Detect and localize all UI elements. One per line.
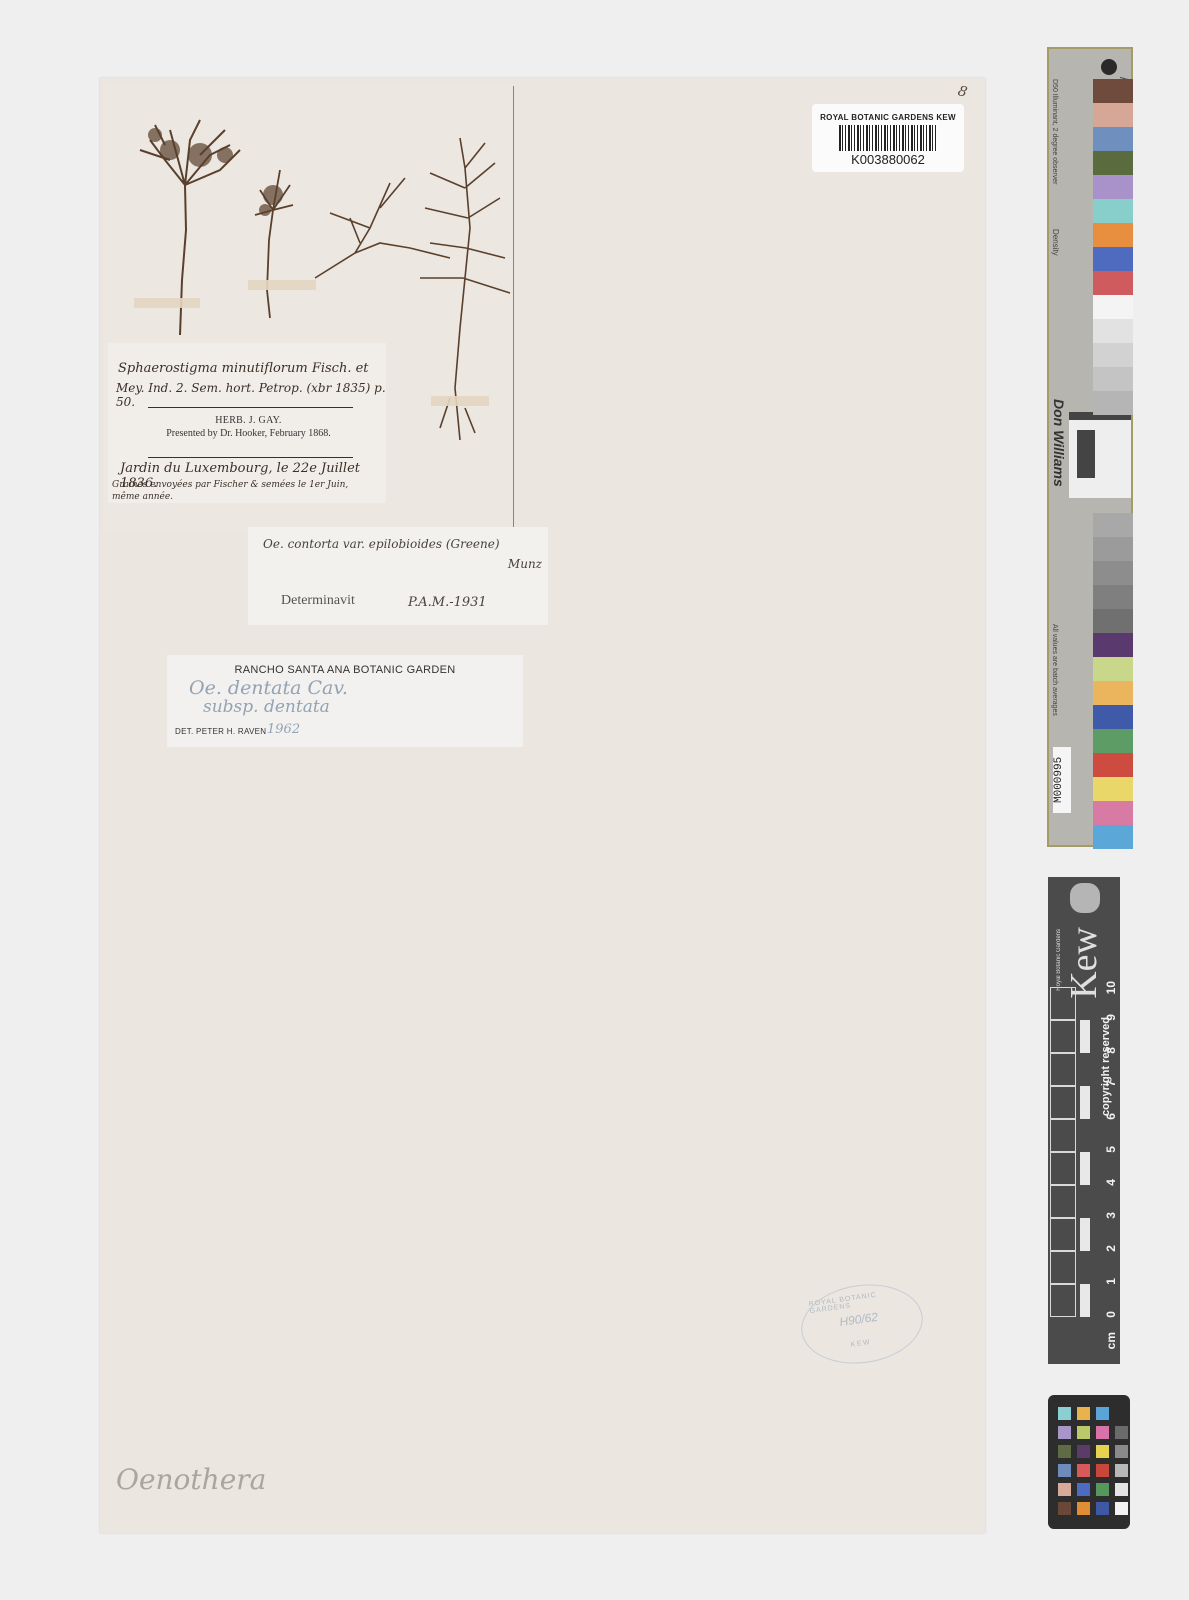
color-chip — [1096, 1483, 1109, 1496]
scale-segment-alt — [1080, 1218, 1090, 1251]
scale-segment-alt — [1080, 1284, 1090, 1317]
scale-segment — [1050, 1053, 1076, 1086]
printed-herbarium-stamp: HERB. J. GAY. Presented by Dr. Hooker, F… — [146, 409, 351, 457]
scale-segment — [1050, 1086, 1076, 1119]
barcode-icon — [839, 125, 937, 151]
color-swatch — [1093, 633, 1133, 657]
scale-number: 2 — [1104, 1245, 1118, 1252]
color-chip — [1058, 1445, 1071, 1458]
color-swatch — [1093, 777, 1133, 801]
color-swatch — [1093, 391, 1133, 415]
color-calibration-ruler: D50 Illuminant, 2 degree observer Densit… — [1047, 47, 1133, 847]
scale-number: 1 — [1104, 1278, 1118, 1285]
color-swatch — [1093, 151, 1133, 175]
copyright-text: copyright reserved — [1100, 1017, 1112, 1116]
color-chip — [1058, 1464, 1071, 1477]
stamp-bottom-text: KEW — [850, 1339, 871, 1349]
color-chip — [1115, 1464, 1128, 1477]
color-chip — [1058, 1407, 1071, 1420]
ruler-code: M000995 — [1053, 747, 1071, 813]
color-chip — [1058, 1426, 1071, 1439]
color-swatch — [1093, 343, 1133, 367]
scale-segment-alt — [1080, 1086, 1090, 1119]
ruler-brand: Don Williams — [1051, 399, 1067, 487]
scale-segment — [1050, 1218, 1076, 1251]
color-chip-grid — [1058, 1407, 1128, 1515]
determination-name-line-1: Oe. dentata Cav. — [189, 677, 348, 699]
mounting-strip — [431, 396, 489, 406]
herbarium-heading: HERB. J. GAY. — [146, 415, 351, 426]
determination-year: 1962 — [267, 722, 300, 737]
color-chip — [1115, 1483, 1128, 1496]
color-swatch — [1093, 825, 1133, 849]
kew-scale-bar: Kew Royal Botanic Gardens copyright rese… — [1048, 877, 1120, 1364]
color-swatch — [1093, 753, 1133, 777]
determination-label-munz: Oe. contorta var. epilobioides (Greene) … — [248, 527, 548, 625]
color-swatch — [1093, 705, 1133, 729]
color-swatch — [1093, 319, 1133, 343]
determinavit-text: Determinavit — [281, 593, 355, 609]
color-swatch — [1093, 801, 1133, 825]
color-swatch — [1093, 223, 1133, 247]
scale-segment — [1050, 987, 1076, 1020]
color-chip — [1077, 1483, 1090, 1496]
scale-number: 3 — [1104, 1212, 1118, 1219]
color-swatch — [1093, 513, 1133, 537]
color-chip — [1077, 1502, 1090, 1515]
color-chip — [1077, 1445, 1090, 1458]
scale-number: 10 — [1104, 981, 1118, 994]
mounting-strip — [134, 298, 200, 308]
stamp-number: H90/62 — [839, 1310, 879, 1329]
color-swatch — [1093, 561, 1133, 585]
color-chip — [1058, 1502, 1071, 1515]
color-swatch — [1093, 103, 1133, 127]
genus-pencil-note: Oenothera — [116, 1463, 266, 1496]
scale-segment-alt — [1080, 1020, 1090, 1053]
scale-number: 0 — [1104, 1311, 1118, 1318]
color-chip — [1096, 1445, 1109, 1458]
color-checker-card — [1048, 1395, 1130, 1529]
scale-segment — [1050, 1119, 1076, 1152]
determination-name-line-2: subsp. dentata — [203, 697, 330, 717]
label-species-line-1: Sphaerostigma minutiflorum Fisch. et — [118, 361, 369, 376]
color-chip — [1058, 1483, 1071, 1496]
batch-note: All values are batch averages — [1051, 624, 1058, 716]
determiner-name: DET. PETER H. RAVEN — [175, 727, 266, 736]
scale-segment — [1050, 1251, 1076, 1284]
color-swatch — [1093, 537, 1133, 561]
scale-number: 9 — [1104, 1014, 1118, 1021]
color-swatch — [1093, 729, 1133, 753]
color-swatch — [1093, 367, 1133, 391]
color-swatch — [1093, 657, 1133, 681]
color-chip — [1077, 1407, 1090, 1420]
label-note-line-1: Graines envoyées par Fischer & semées le… — [112, 480, 348, 490]
color-chip — [1115, 1502, 1128, 1515]
scale-number: 7 — [1104, 1080, 1118, 1087]
kew-crest-icon — [1070, 883, 1100, 913]
color-swatch — [1093, 247, 1133, 271]
color-swatch — [1093, 175, 1133, 199]
determination-name-line-2: Munz — [508, 557, 542, 571]
ruler-swatches — [1093, 79, 1133, 849]
density-label: Density — [1051, 229, 1060, 256]
scale-number: 5 — [1104, 1146, 1118, 1153]
scale-segment — [1050, 1152, 1076, 1185]
scale-segment — [1050, 1020, 1076, 1053]
ruler-hole-icon — [1101, 59, 1117, 75]
color-swatch — [1093, 609, 1133, 633]
illuminant-note: D50 Illuminant, 2 degree observer — [1051, 79, 1058, 184]
scale-number: 8 — [1104, 1047, 1118, 1054]
determiner-signature: P.A.M.-1931 — [408, 595, 487, 610]
color-swatch — [1093, 271, 1133, 295]
color-chip — [1115, 1407, 1128, 1420]
determination-label-raven: RANCHO SANTA ANA BOTANIC GARDEN Oe. dent… — [167, 655, 523, 747]
determination-name-line-1: Oe. contorta var. epilobioides (Greene) — [263, 537, 500, 551]
color-chip — [1096, 1407, 1109, 1420]
scale-segment-alt — [1080, 1152, 1090, 1185]
color-chip — [1096, 1426, 1109, 1439]
divider — [148, 457, 353, 458]
color-chip — [1077, 1426, 1090, 1439]
plant-specimen-icon — [245, 160, 305, 320]
color-chip — [1077, 1464, 1090, 1477]
color-chip — [1096, 1502, 1109, 1515]
scale-segment — [1050, 1185, 1076, 1218]
institution-heading: RANCHO SANTA ANA BOTANIC GARDEN — [167, 664, 523, 676]
color-swatch — [1093, 79, 1133, 103]
barcode-number: K003880062 — [812, 152, 964, 167]
color-chip — [1096, 1464, 1109, 1477]
color-swatch — [1093, 199, 1133, 223]
barcode-label: ROYAL BOTANIC GARDENS KEW K003880062 — [812, 104, 964, 172]
scale-number: 4 — [1104, 1179, 1118, 1186]
color-swatch — [1093, 295, 1133, 319]
color-swatch — [1093, 127, 1133, 151]
divider — [148, 407, 353, 408]
unit-label: cm — [1104, 1332, 1118, 1349]
label-species-line-2: Mey. Ind. 2. Sem. hort. Petrop. (xbr 183… — [116, 381, 386, 409]
barcode-institution: ROYAL BOTANIC GARDENS KEW — [812, 113, 964, 122]
kew-subtitle: Royal Botanic Gardens — [1056, 929, 1062, 991]
color-chip — [1115, 1445, 1128, 1458]
color-chip — [1115, 1426, 1128, 1439]
herbarium-subheading: Presented by Dr. Hooker, February 1868. — [146, 428, 351, 439]
scale-segment — [1050, 1284, 1076, 1317]
color-swatch — [1093, 681, 1133, 705]
label-note-line-2: même année. — [112, 492, 173, 502]
scale-number: 6 — [1104, 1113, 1118, 1120]
original-collection-label: Sphaerostigma minutiflorum Fisch. et Mey… — [108, 343, 386, 503]
color-swatch — [1093, 585, 1133, 609]
